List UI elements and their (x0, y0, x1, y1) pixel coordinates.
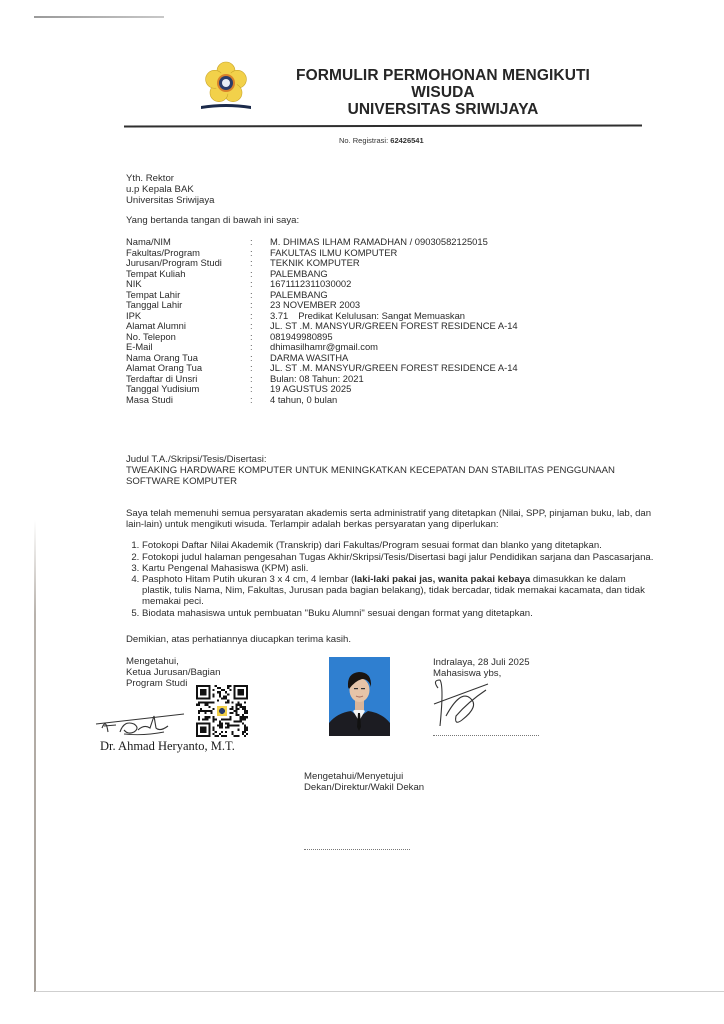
dean-signature-block: Mengetahui/Menyetujui Dekan/Direktur/Wak… (304, 771, 424, 793)
field-separator: : (250, 352, 253, 363)
requirements-intro: Saya telah memenuhi semua persyaratan ak… (126, 508, 656, 530)
field-label: Jurusan/Program Studi (126, 257, 246, 268)
addressee-line: Universitas Sriwijaya (126, 195, 215, 206)
field-value: dhimasilhamr@gmail.com (270, 341, 378, 352)
field-separator: : (250, 341, 253, 352)
field-separator: : (250, 383, 253, 394)
thesis-title: TWEAKING HARDWARE KOMPUTER UNTUK MENINGK… (126, 465, 656, 487)
signature-caption: Mengetahui, (126, 656, 220, 667)
field-value: 081949980895 (270, 331, 333, 342)
field-separator: : (250, 310, 253, 321)
field-label: Nama/NIM (126, 236, 246, 247)
requirement-item: Biodata mahasiswa untuk pembuatan "Buku … (142, 608, 656, 619)
registration-number: No. Registrasi: 62426541 (339, 136, 424, 145)
header-divider (124, 124, 642, 127)
addressee-line: Yth. Rektor (126, 173, 215, 184)
field-separator: : (250, 331, 253, 342)
requirement-item: Fotokopi judul halaman pengesahan Tugas … (142, 552, 656, 563)
field-label: E-Mail (126, 341, 246, 352)
field-separator: : (250, 299, 253, 310)
intro-text: Yang bertanda tangan di bawah ini saya: (126, 215, 299, 226)
field-value: 23 NOVEMBER 2003 (270, 299, 360, 310)
student-signature-line (433, 735, 539, 736)
requirements-block: Saya telah memenuhi semua persyaratan ak… (126, 508, 656, 619)
field-label: Terdaftar di Unsri (126, 373, 246, 384)
field-separator: : (250, 373, 253, 384)
dean-signature-line (304, 849, 410, 850)
university-name: UNIVERSITAS SRIWIJAYA (263, 101, 623, 118)
qr-code-icon (196, 685, 248, 737)
field-label: Tempat Kuliah (126, 268, 246, 279)
field-value: TEKNIK KOMPUTER (270, 257, 360, 268)
handwritten-signature-icon (430, 676, 490, 731)
scan-page-edge (34, 520, 36, 992)
thesis-label: Judul T.A./Skripsi/Tesis/Disertasi: (126, 454, 656, 465)
field-label: Tanggal Lahir (126, 299, 246, 310)
handwritten-signature-icon (94, 698, 189, 738)
field-value: M. DHIMAS ILHAM RAMADHAN / 0903058212501… (270, 236, 488, 247)
field-label: Tanggal Yudisium (126, 383, 246, 394)
department-head-name: Dr. Ahmad Heryanto, M.T. (100, 739, 235, 754)
field-label: NIK (126, 278, 246, 289)
signature-caption: Dekan/Direktur/Wakil Dekan (304, 782, 424, 793)
field-value: 1671112311030002 (270, 278, 351, 289)
requirement-item: Pasphoto Hitam Putih ukuran 3 x 4 cm, 4 … (142, 574, 656, 608)
registration-label: No. Registrasi: (339, 136, 388, 145)
graduation-predicate: Predikat Kelulusan: Sangat Memuaskan (298, 310, 465, 321)
registration-value: 62426541 (390, 136, 423, 145)
field-label: Alamat Alumni (126, 320, 246, 331)
requirement-item: Kartu Pengenal Mahasiswa (KPM) asli. (142, 563, 656, 574)
field-label: IPK (126, 310, 246, 321)
signature-caption: Mengetahui/Menyetujui (304, 771, 424, 782)
applicant-photo (329, 657, 390, 736)
requirement-emphasis: laki-laki pakai jas, wanita pakai kebaya (354, 574, 530, 585)
requirement-item: Fotokopi Daftar Nilai Akademik (Transkri… (142, 540, 656, 551)
field-separator: : (250, 289, 253, 300)
field-separator: : (250, 247, 253, 258)
field-separator: : (250, 278, 253, 289)
addressee-block: Yth. Rektor u.p Kepala BAK Universitas S… (126, 173, 215, 207)
field-label: No. Telepon (126, 331, 246, 342)
scan-artifact-line (34, 16, 164, 18)
field-value: 3.71Predikat Kelulusan: Sangat Memuaskan (270, 310, 465, 321)
field-value: 4 tahun, 0 bulan (270, 394, 337, 405)
thesis-block: Judul T.A./Skripsi/Tesis/Disertasi: TWEA… (126, 454, 656, 488)
field-value: PALEMBANG (270, 289, 328, 300)
requirements-list: Fotokopi Daftar Nilai Akademik (Transkri… (126, 540, 656, 618)
field-separator: : (250, 268, 253, 279)
form-title: FORMULIR PERMOHONAN MENGIKUTI WISUDA (263, 67, 623, 101)
field-separator: : (250, 236, 253, 247)
field-label: Fakultas/Program (126, 247, 246, 258)
place-date: Indralaya, 28 Juli 2025 (433, 657, 530, 668)
signature-caption: Ketua Jurusan/Bagian (126, 667, 220, 678)
document-header: FORMULIR PERMOHONAN MENGIKUTI WISUDA UNI… (195, 58, 635, 118)
field-value: JL. ST .M. MANSYUR/GREEN FOREST RESIDENC… (270, 320, 518, 331)
addressee-line: u.p Kepala BAK (126, 184, 215, 195)
field-label: Nama Orang Tua (126, 352, 246, 363)
field-label: Masa Studi (126, 394, 246, 405)
field-separator: : (250, 320, 253, 331)
field-label: Alamat Orang Tua (126, 362, 246, 373)
field-value: FAKULTAS ILMU KOMPUTER (270, 247, 397, 258)
field-separator: : (250, 394, 253, 405)
field-separator: : (250, 362, 253, 373)
field-separator: : (250, 257, 253, 268)
closing-text: Demikian, atas perhatiannya diucapkan te… (126, 634, 351, 645)
field-value: JL. ST .M. MANSYUR/GREEN FOREST RESIDENC… (270, 362, 518, 373)
scan-page-edge-bottom (35, 991, 724, 992)
field-value: Bulan: 08 Tahun: 2021 (270, 373, 364, 384)
unsri-logo-icon (195, 58, 257, 116)
field-value: PALEMBANG (270, 268, 328, 279)
field-label: Tempat Lahir (126, 289, 246, 300)
field-value: DARMA WASITHA (270, 352, 348, 363)
field-value: 19 AGUSTUS 2025 (270, 383, 351, 394)
